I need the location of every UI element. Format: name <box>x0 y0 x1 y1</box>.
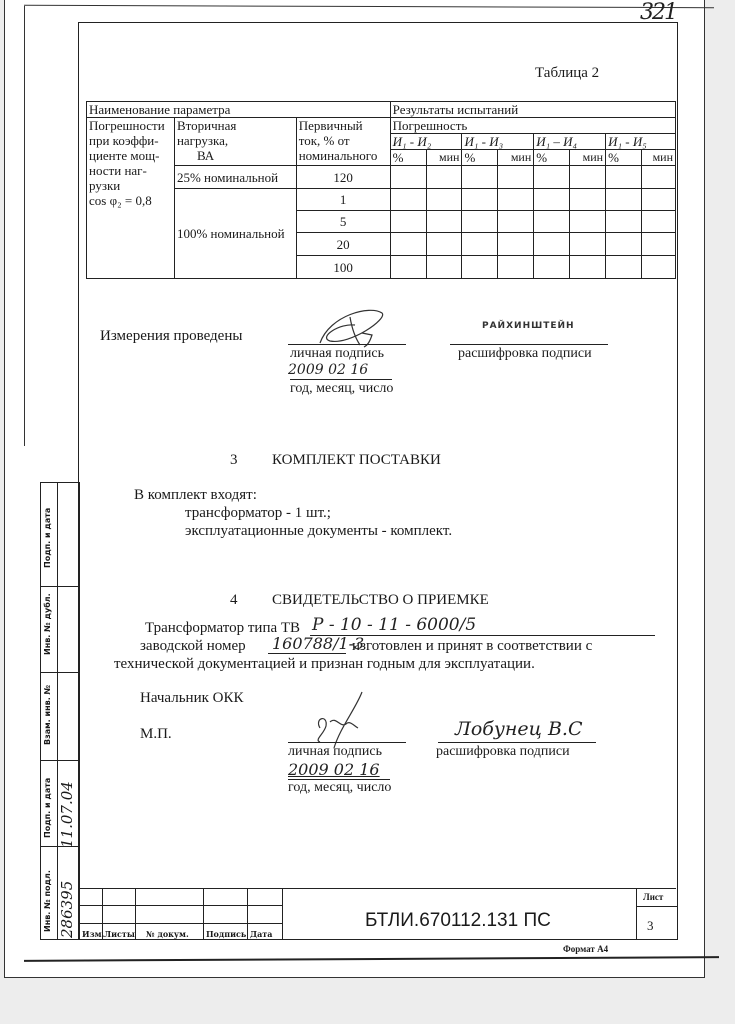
unit-percent: % <box>534 150 570 166</box>
serial-line <box>268 653 346 654</box>
unit-percent: % <box>462 150 498 166</box>
primary-current-header: Первичный ток, % от номинального <box>296 118 390 166</box>
current-cell: 1 <box>296 189 390 211</box>
unit-min: мин <box>641 150 675 166</box>
secondary-load-header: Вторичная нагрузка, ВА <box>174 118 296 166</box>
unit-percent: % <box>390 150 426 166</box>
title-block-label: Изм. <box>82 929 104 939</box>
serial-label: заводской номер <box>140 638 246 655</box>
strip-handwritten-date: 11.07.04 <box>58 781 76 848</box>
chief-label: Начальник ОКК <box>140 690 243 707</box>
handwritten-page-number: 321 <box>640 0 676 25</box>
section-4-title: СВИДЕТЕЛЬСТВО О ПРИЕМКЕ <box>272 592 489 609</box>
current-cell: 120 <box>296 166 390 189</box>
date-caption: год, месяц, число <box>290 381 393 397</box>
decoding-line <box>438 742 596 743</box>
serial-value: 160788/1-3 <box>272 634 364 653</box>
decoding-line <box>450 344 608 345</box>
handwritten-date: 2009 02 16 <box>288 760 380 779</box>
transformer-type-value: Р - 10 - 11 - 6000/5 <box>312 615 476 635</box>
date-caption: год, месяц, число <box>288 780 391 796</box>
current-cell: 100 <box>296 256 390 279</box>
test-results-table: Наименование параметра Результаты испыта… <box>86 101 676 279</box>
strip-label: Взам. инв. № <box>43 685 52 745</box>
sheet-box: Лист 3 <box>636 888 676 940</box>
decoding-stamp: РАЙХИНШТЕЙН <box>482 321 575 331</box>
signature-caption: личная подпись <box>288 744 382 760</box>
pair-header: И₁ - И₂ <box>390 134 462 150</box>
param-header: Наименование параметра <box>87 102 391 118</box>
paper-format: Формат А4 <box>563 944 608 954</box>
strip-handwritten-inv: 286395 <box>58 881 76 938</box>
signature-caption: личная подпись <box>290 346 384 362</box>
error-header: Погрешность <box>390 118 675 134</box>
delivery-item: эксплуатационные документы - комплект. <box>185 523 452 540</box>
section-4-number: 4 <box>230 592 238 609</box>
pair-header: И₁ – И₄ <box>534 134 606 150</box>
sentence-tail: изготовлен и принят в соответствии с <box>352 638 592 655</box>
title-block-label: № докум. <box>146 929 189 939</box>
current-cell: 5 <box>296 211 390 233</box>
table-caption: Таблица 2 <box>535 65 599 82</box>
measurements-label: Измерения проведены <box>100 328 242 345</box>
results-header: Результаты испытаний <box>390 102 675 118</box>
unit-min: мин <box>498 150 534 166</box>
unit-percent: % <box>606 150 642 166</box>
stamp-place-label: М.П. <box>140 726 172 743</box>
section-3-intro: В комплект входят: <box>134 487 257 504</box>
delivery-item: трансформатор - 1 шт.; <box>185 505 331 522</box>
strip-label: Инв. № дубл. <box>43 593 52 655</box>
sheet-number: 3 <box>647 918 654 934</box>
load-cell: 25% номинальной <box>174 166 296 189</box>
table-row: 100% номинальной 1 <box>87 189 676 211</box>
table-row: 25% номинальной 120 <box>87 166 676 189</box>
sheet-label: Лист <box>643 892 663 902</box>
decoding-value: Лобунец В.С <box>455 718 583 740</box>
strip-label: Подп. и дата <box>43 508 52 568</box>
unit-min: мин <box>570 150 606 166</box>
signature-line <box>288 344 406 345</box>
current-cell: 20 <box>296 233 390 256</box>
row-label-cell: Погрешности при коэффи- циенте мощ- ност… <box>87 118 175 279</box>
signature-line <box>288 742 406 743</box>
title-block-label: Подпись <box>206 929 246 939</box>
sentence-line-2: технической документацией и признан годн… <box>114 656 535 673</box>
strip-label: Инв. № подл. <box>43 870 52 932</box>
date-line <box>290 379 392 380</box>
decoding-caption: расшифровка подписи <box>458 346 592 362</box>
title-block-label: Листы <box>104 929 135 939</box>
document-code: БТЛИ.670112.131 ПС <box>365 910 551 932</box>
pair-header: И₁ - И₃ <box>462 134 534 150</box>
decoding-caption: расшифровка подписи <box>436 744 570 760</box>
title-block-label: Дата <box>250 929 272 939</box>
section-3-number: 3 <box>230 452 238 469</box>
handwritten-date: 2009 02 16 <box>288 362 368 378</box>
scan-edge-left <box>24 6 25 446</box>
unit-min: мин <box>426 150 462 166</box>
section-3-title: КОМПЛЕКТ ПОСТАВКИ <box>272 452 441 469</box>
strip-label: Подп. и дата <box>43 778 52 838</box>
load-cell: 100% номинальной <box>174 189 296 279</box>
pair-header: И₁ - И₅ <box>606 134 676 150</box>
